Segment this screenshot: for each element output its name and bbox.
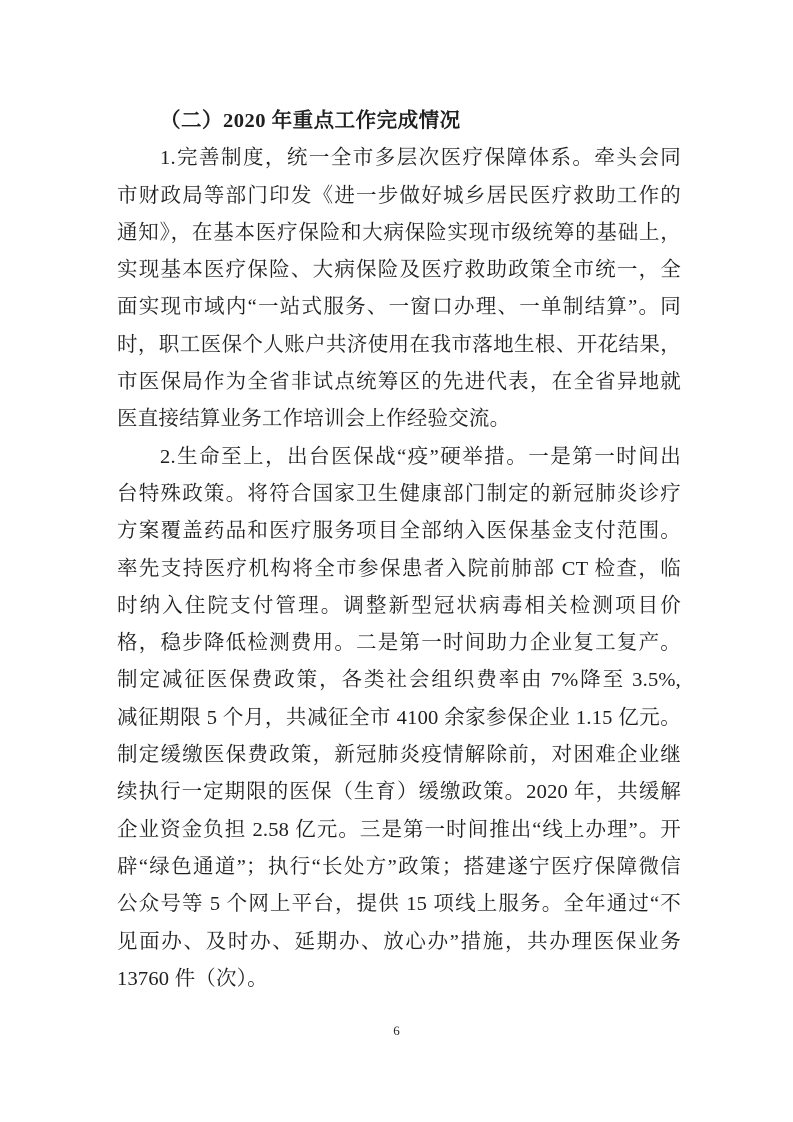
text-line: 格，稳步降低检测费用。二是第一时间助力企业复工复产。 xyxy=(117,625,681,662)
text-line: 制定减征医保费政策，各类社会组织费率由 7%降至 3.5%, xyxy=(117,662,681,699)
page-number: 6 xyxy=(0,1023,793,1039)
text-line: 2.生命至上，出台医保战“疫”硬举措。一是第一时间出 xyxy=(117,439,681,476)
text-line: 辟“绿色通道”；执行“长处方”政策；搭建遂宁医疗保障微信 xyxy=(117,849,681,886)
text-line: 方案覆盖药品和医疗服务项目全部纳入医保基金支付范围。 xyxy=(117,513,681,550)
text-line: 医直接结算业务工作培训会上作经验交流。 xyxy=(117,401,681,438)
text-block: （二）2020 年重点工作完成情况 1.完善制度，统一全市多层次医疗保障体系。牵… xyxy=(117,103,681,998)
text-line: 续执行一定期限的医保（生育）缓缴政策。2020 年，共缓解 xyxy=(117,774,681,811)
text-line: 1.完善制度，统一全市多层次医疗保障体系。牵头会同 xyxy=(117,140,681,177)
text-line: 时，职工医保个人账户共济使用在我市落地生根、开花结果， xyxy=(117,327,681,364)
text-line: 13760 件（次）。 xyxy=(117,961,681,998)
text-line: 企业资金负担 2.58 亿元。三是第一时间推出“线上办理”。开 xyxy=(117,812,681,849)
section-heading: （二）2020 年重点工作完成情况 xyxy=(117,103,681,140)
text-line: 见面办、及时办、延期办、放心办”措施，共办理医保业务 xyxy=(117,924,681,961)
text-line: 台特殊政策。将符合国家卫生健康部门制定的新冠肺炎诊疗 xyxy=(117,476,681,513)
body-paragraph-lines: 1.完善制度，统一全市多层次医疗保障体系。牵头会同市财政局等部门印发《进一步做好… xyxy=(117,140,681,998)
text-line: 时纳入住院支付管理。调整新型冠状病毒相关检测项目价 xyxy=(117,588,681,625)
text-line: 市财政局等部门印发《进一步做好城乡居民医疗救助工作的 xyxy=(117,178,681,215)
text-line: 制定缓缴医保费政策，新冠肺炎疫情解除前，对困难企业继 xyxy=(117,737,681,774)
text-line: 公众号等 5 个网上平台，提供 15 项线上服务。全年通过“不 xyxy=(117,886,681,923)
text-line: 面实现市域内“一站式服务、一窗口办理、一单制结算”。同 xyxy=(117,289,681,326)
text-line: 率先支持医疗机构将全市参保患者入院前肺部 CT 检查，临 xyxy=(117,551,681,588)
text-line: 减征期限 5 个月，共减征全市 4100 余家参保企业 1.15 亿元。 xyxy=(117,700,681,737)
text-line: 通知》，在基本医疗保险和大病保险实现市级统筹的基础上， xyxy=(117,215,681,252)
text-line: 实现基本医疗保险、大病保险及医疗救助政策全市统一，全 xyxy=(117,252,681,289)
document-page: （二）2020 年重点工作完成情况 1.完善制度，统一全市多层次医疗保障体系。牵… xyxy=(0,0,793,1122)
text-line: 市医保局作为全省非试点统筹区的先进代表，在全省异地就 xyxy=(117,364,681,401)
